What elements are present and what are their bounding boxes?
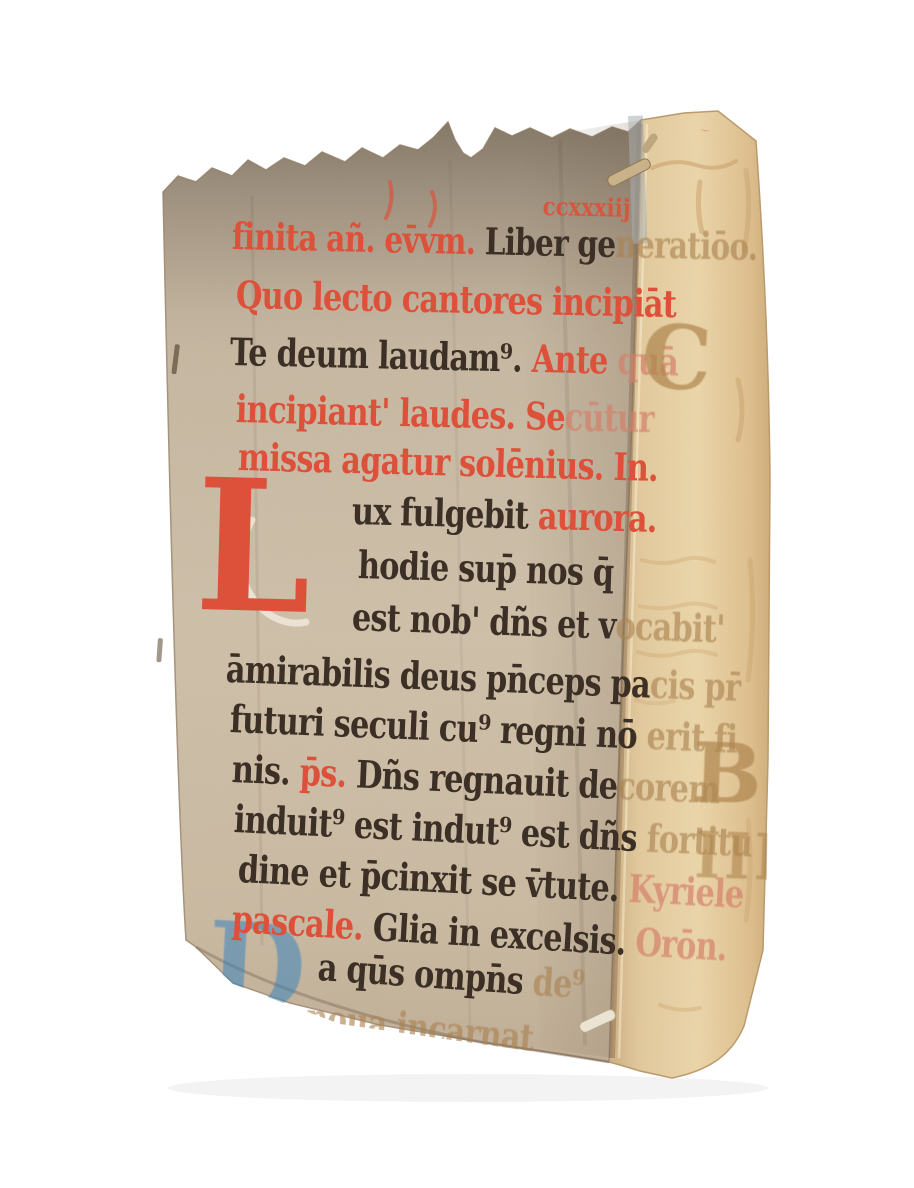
text-segment-dark-ink: ux fulgebit bbox=[351, 488, 538, 538]
text-segment-faded-ink: neratiōo. bbox=[615, 222, 758, 269]
manuscript-text-line: incipiant' laudes. Secūtur bbox=[236, 390, 655, 438]
photo-white-background: ccxxxiij L D finita añ. ev̄vm. Liber gen… bbox=[0, 0, 914, 1188]
manuscript-text-line: ux fulgebit aurora. bbox=[352, 492, 658, 538]
manuscript-text-line: est nob' dñs et vocabit' bbox=[351, 598, 725, 648]
text-segment-red-ink: Ante bbox=[531, 336, 618, 383]
folio-number: ccxxxiij bbox=[542, 194, 630, 221]
text-segment-faded-ink: de⁹ bbox=[531, 959, 585, 1007]
text-segment-faded-ink: ocabit' bbox=[615, 603, 725, 652]
text-segment-red-ink: p̄s. bbox=[299, 749, 357, 796]
text-segment-red-ink: Quo lecto cantores incipiāt bbox=[236, 272, 677, 326]
manuscript-text-line: Quo lecto cantores incipiāt bbox=[236, 276, 677, 323]
text-segment-dark-ink: Te deum laudam⁹. bbox=[230, 329, 533, 381]
manuscript-text-line: missa agatur solēnius. In. bbox=[238, 438, 659, 487]
text-segment-red-ink: pascale. bbox=[231, 896, 374, 949]
text-segment-dark-ink: Dñs regnauit de bbox=[355, 751, 618, 807]
manuscript-text-line: hodie sup̄ nos q̄ bbox=[357, 546, 614, 592]
manuscript-text-line: Te deum laudam⁹. Ante quā bbox=[230, 333, 679, 381]
text-segment-faded-ink: cis pr̄ bbox=[649, 662, 741, 710]
text-segment-dark-ink: nis. bbox=[231, 746, 301, 794]
text-segment-dark-ink: est nob' dñs et v bbox=[351, 594, 616, 648]
text-segment-red-ink: incipiant' laudes. Se bbox=[235, 386, 565, 439]
text-segment-faded_red-ink: Orōn. bbox=[634, 919, 728, 969]
red-initial-L: L bbox=[194, 468, 313, 626]
spine-shelfmark-letter: B bbox=[691, 732, 763, 816]
sewing-slit-lower bbox=[156, 638, 163, 662]
text-segment-red-ink: aurora. bbox=[537, 493, 657, 541]
text-segment-dark-ink: hodie sup̄ nos q̄ bbox=[357, 542, 614, 595]
ground-shadow bbox=[168, 1074, 768, 1102]
text-segment-red-ink: finita añ. ev̄vm. bbox=[232, 214, 486, 263]
spine-large-letter: C bbox=[639, 312, 714, 404]
text-segment-dark-ink: Liber ge bbox=[484, 219, 616, 266]
manuscript-text-line: finita añ. ev̄vm. Liber generatiōo. bbox=[232, 218, 758, 266]
